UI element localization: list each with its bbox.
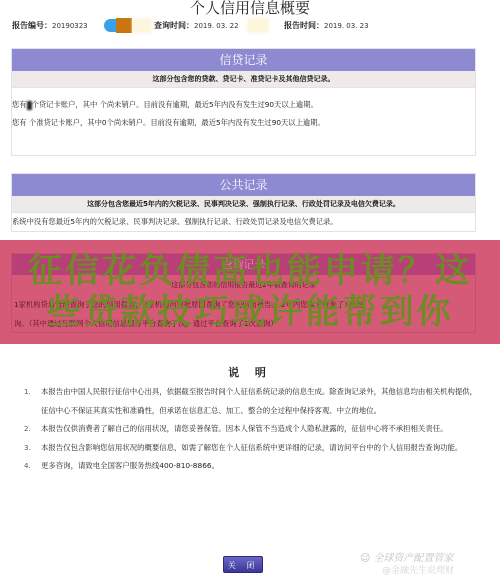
watermark-line-1: 全球资产配置管家 <box>373 553 453 564</box>
close-button[interactable]: 关 闭 <box>223 556 263 573</box>
section-subtitle: 这部分包含您的贷款、贷记卡、准贷记卡及其他信贷记录。 <box>12 71 475 88</box>
note-item: 4.更多咨询，请致电全国客户服务热线400-810-8866。 <box>24 457 484 476</box>
redaction-mark <box>132 18 152 33</box>
semi-credit-card-summary: 您有 个准贷记卡账户，其中0个尚未销户。目前没有逾期，最近5年内没有发生过90天… <box>12 114 475 132</box>
report-title: 个人信用信息概要 <box>0 0 500 17</box>
report-number: 报告编号：20190323 <box>12 20 88 31</box>
report-time-label: 报告时间： <box>284 21 324 30</box>
query-time-value: 2019. 03. 22 <box>194 22 239 30</box>
redaction-mark <box>116 18 132 33</box>
query-time-label: 查询时间： <box>154 21 194 30</box>
report-time-value: 2019. 03. 23 <box>324 22 369 30</box>
watermark-line-2: @金融先生说理财 <box>360 565 500 578</box>
headline-line-1: 征信花负债高也能申请？这 <box>0 251 500 291</box>
credit-card-summary: 您有个贷记卡账户，其中 个尚未销户。目前没有逾期，最近5年内没有发生过90天以上… <box>12 96 475 114</box>
section-header: 公共记录 <box>12 174 475 196</box>
note-item: 3.本报告仅包含影响您信用状况的概要信息，如需了解您在个人征信系统中更详细的记录… <box>24 439 484 458</box>
section-header: 信贷记录 <box>12 49 475 71</box>
promo-headline: 征信花负债高也能申请？这 些贷款技巧或许能帮到你 <box>0 244 500 333</box>
credit-records-section: 信贷记录 这部分包含您的贷款、贷记卡、准贷记卡及其他信贷记录。 您有个贷记卡账户… <box>11 48 476 156</box>
report-number-label: 报告编号： <box>12 21 52 30</box>
report-time: 报告时间：2019. 03. 23 <box>284 20 369 31</box>
watermark: ☺全球资产配置管家 @金融先生说理财 <box>360 552 500 578</box>
report-number-value: 20190323 <box>52 22 88 30</box>
report-meta: 报告编号：20190323 查询时间：2019. 03. 22 报告时间：201… <box>12 17 492 33</box>
public-records-section: 公共记录 这部分包含您最近5年内的欠税记录、民事判决记录、强制执行记录、行政处罚… <box>11 173 476 232</box>
wechat-icon: ☺ <box>360 553 370 564</box>
headline-line-2: 些贷款技巧或许能帮到你 <box>0 291 500 333</box>
redaction-mark <box>27 101 32 110</box>
section-subtitle: 这部分包含您最近5年内的欠税记录、民事判决记录、强制执行记录、行政处罚记录及电信… <box>12 196 475 213</box>
query-time: 查询时间：2019. 03. 22 <box>154 20 239 31</box>
redaction-mark <box>247 18 269 33</box>
public-records-summary: 系统中没有您最近5年内的欠税记录、民事判决记录、强制执行记录、行政处罚记录及电信… <box>12 213 475 231</box>
note-item: 2.本报告仅供消费者了解自己的信用状况，请您妥善保管。因本人保管不当造成个人隐私… <box>24 420 484 439</box>
notes-title: 说 明 <box>0 364 500 380</box>
notes-list: 1.本报告由中国人民银行征信中心出具，依据截至报告时间个人征信系统记录的信息生成… <box>24 383 484 476</box>
note-item: 1.本报告由中国人民银行征信中心出具，依据截至报告时间个人征信系统记录的信息生成… <box>24 383 484 420</box>
